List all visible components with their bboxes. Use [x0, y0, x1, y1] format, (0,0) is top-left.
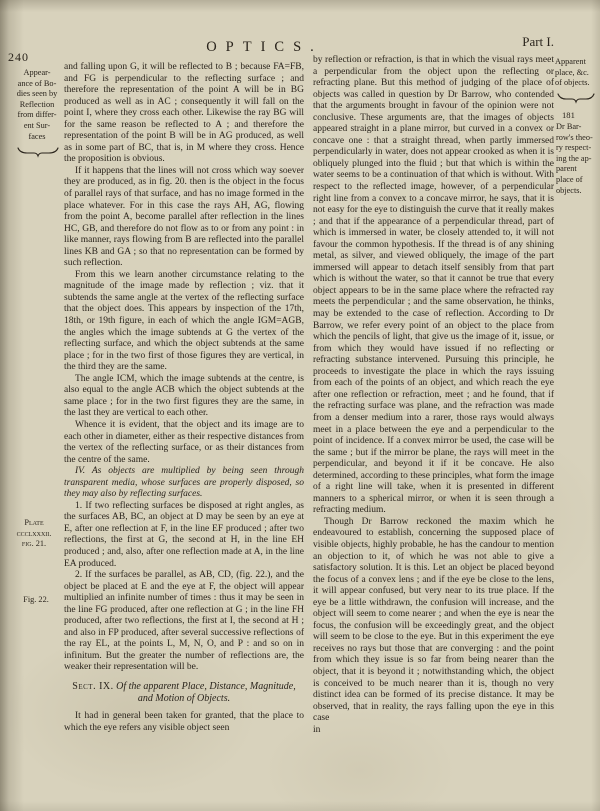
left-text-column: and falling upon G, it will be reflected… — [64, 62, 304, 734]
paragraph: 2. If the surfaces be parallel, as AB, C… — [64, 570, 304, 674]
paragraph: 1. If two reflecting surfaces be dispose… — [64, 501, 304, 570]
section-heading-title: Of the apparent Place, Distance, Magnitu… — [116, 681, 296, 704]
sidenote-apparent-place: Apparent place, &c. of objects. — [555, 57, 599, 89]
paragraph: by reflection or refraction, is that in … — [313, 55, 554, 517]
paragraph: and falling upon G, it will be reflected… — [64, 62, 304, 166]
underbrace-mark — [556, 92, 596, 104]
right-text-column: by reflection or refraction, is that in … — [313, 55, 554, 736]
sidenote-plate-reference: Plate ccclxxxii. fig. 21. — [6, 518, 62, 550]
section-heading-label: Sect. IX. — [72, 681, 113, 692]
section-heading: Sect. IX. Of the apparent Place, Distanc… — [70, 681, 298, 705]
running-title: OPTICS. — [150, 39, 370, 56]
part-label: Part I. — [522, 34, 554, 50]
sidenote-figure-reference: Fig. 22. — [10, 595, 62, 606]
sidenote-appearance-of-bodies: Appear- ance of Bo- dies seen by Reflect… — [12, 68, 62, 142]
paragraph-proposition-iv: IV. As objects are multiplied by being s… — [64, 466, 304, 501]
paragraph: The angle ICM, which the image subtends … — [64, 374, 304, 420]
underbrace-mark — [16, 146, 60, 158]
sidenote-barrow-theory: Dr Bar- row's theo- ry respect- ing the … — [556, 122, 600, 196]
paragraph: From this we learn another circumstance … — [64, 270, 304, 374]
catchword: in — [313, 725, 554, 737]
paragraph: If it happens that the lines will not cr… — [64, 166, 304, 270]
sidenote-paragraph-number: 181 — [562, 110, 598, 121]
book-page: 240 OPTICS. Part I. Appear- ance of Bo- … — [0, 0, 600, 811]
page-number: 240 — [8, 50, 29, 65]
paragraph: Whence it is evident, that the object an… — [64, 420, 304, 466]
paragraph: It had in general been taken for granted… — [64, 711, 304, 734]
paragraph: Though Dr Barrow reckoned the maxim whic… — [313, 517, 554, 725]
